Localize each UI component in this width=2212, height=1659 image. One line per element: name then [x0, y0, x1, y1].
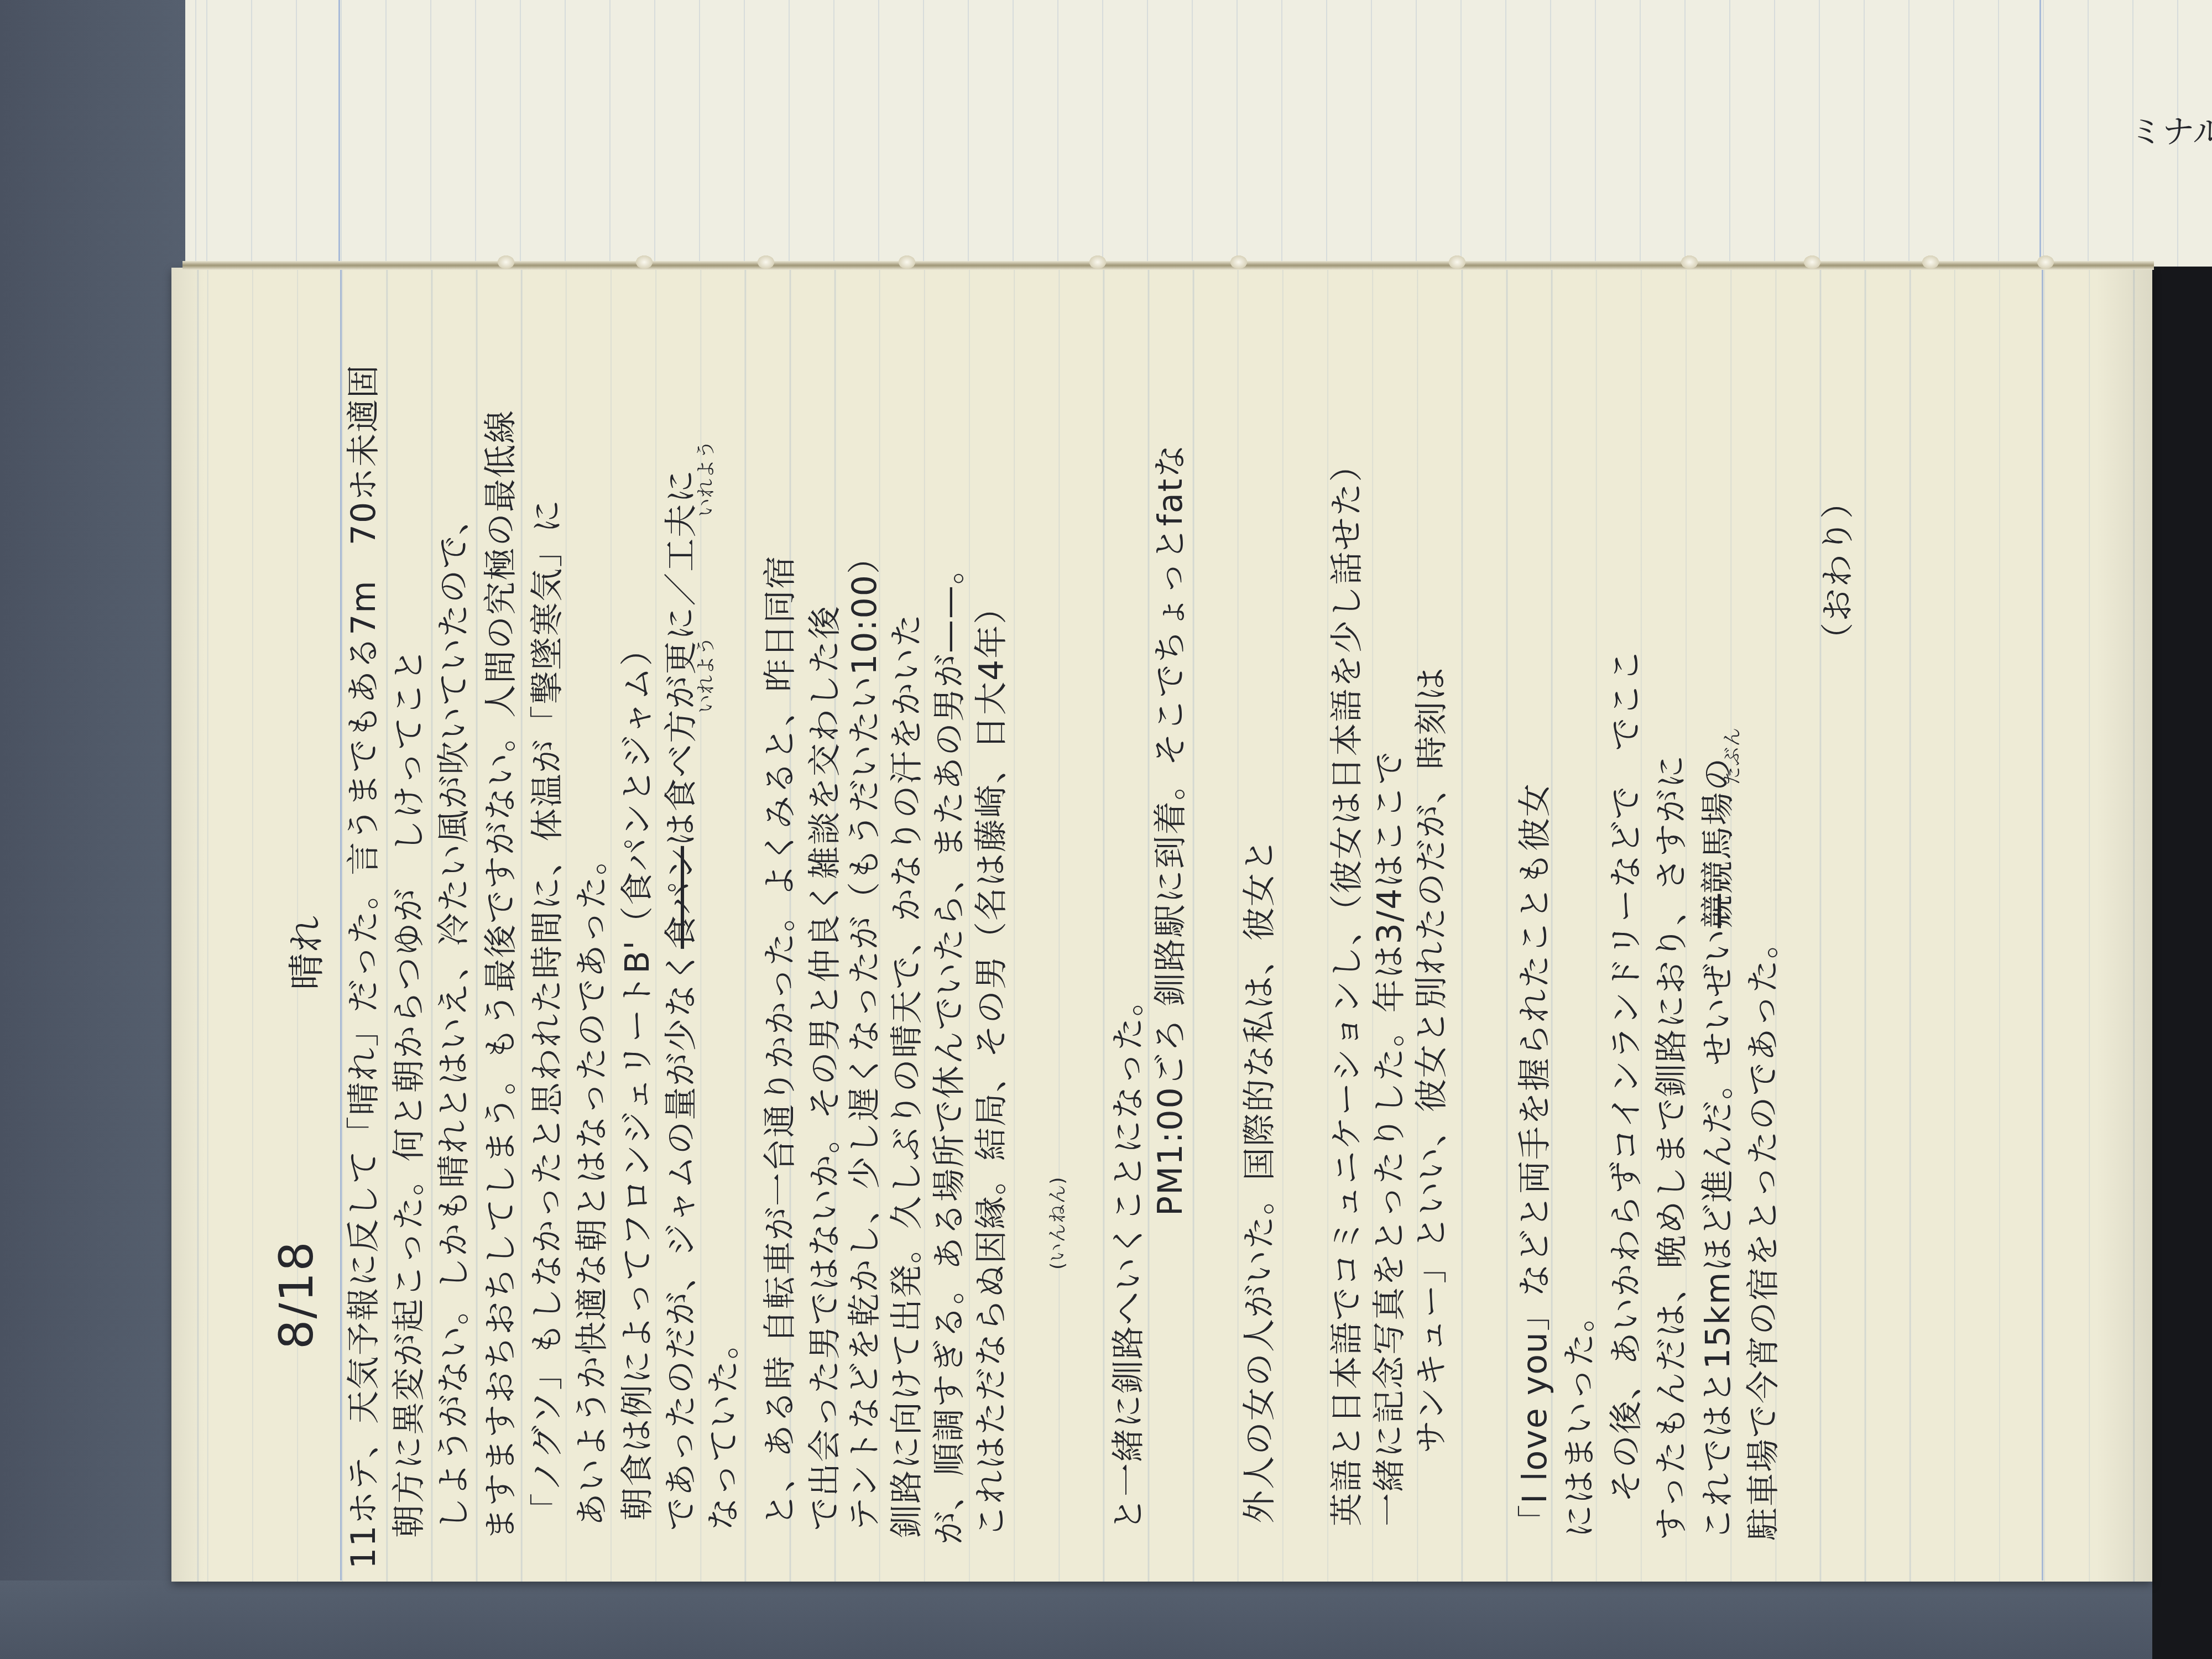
line-text: であったのだが、ジャムの量が少なく: [662, 949, 701, 1531]
diary-line: すったもんだは、晩めしまで釧路におり、さすがに: [1652, 754, 1692, 1541]
diary-line: と一緒に釧路へいくことになった。: [1109, 982, 1149, 1531]
diary-line: 駐車場で今宵の宿をとったのであった。: [1744, 925, 1783, 1541]
facing-page-note: ミナル.: [2130, 113, 2212, 150]
diary-line: テントなどを乾かし、少し遅くなったが（もうだいたい10:00）: [845, 540, 885, 1531]
facing-page-margin-line: [338, 0, 340, 264]
diary-date: 8/18: [271, 1240, 322, 1349]
diary-line: 朝方に異変が起こった。何と朝からつゆが しけってこと: [389, 648, 429, 1538]
binding-stitch: [1681, 255, 1698, 269]
binding-stitch: [1804, 255, 1820, 269]
diary-line: ますますおちおちしてしまう。もう最後ですがない。人間の究極の最低線: [481, 409, 521, 1541]
diary-line: 英語と日本語でコミュニケーションし、（彼女は日本語を少し話せた）: [1327, 448, 1367, 1526]
diary-weather: 晴れ: [286, 915, 327, 990]
line-text: これではと15kmほど進んだ。せいぜい: [1699, 928, 1738, 1541]
binding-stitch: [2037, 255, 2054, 269]
diary-page-margin-line: [340, 270, 342, 1580]
struck-out-text: 競: [1699, 894, 1738, 928]
diary-line: 釧路に向けて出発。久しぶりの晴天で、かなりの汗をかいた: [887, 613, 927, 1538]
diary-line: 11ホテ、天気予報に反して「晴れ」だった。言うまでもある7m 70ホ未適固: [344, 364, 384, 1569]
struck-out-text: 食パン: [662, 846, 701, 949]
diary-line: あいようか快適な朝とはなったのであった。: [572, 841, 612, 1526]
binding-stitch: [498, 255, 514, 269]
binding-stitch: [1089, 255, 1106, 269]
diary-line: と、ある時 自転車が一台通りかかった。よくみると、昨日同宿: [760, 555, 800, 1526]
annotation-insert: たぶん: [1721, 727, 1744, 785]
diary-line: サンキュー」といい、彼女と別れたのだが、時刻は: [1412, 666, 1452, 1453]
desk-background-left: [0, 0, 188, 1659]
diary-line: 一緒に記念写真をとったりした。年は3/4はここで: [1370, 750, 1410, 1526]
diary-line: なっていた。: [704, 1325, 744, 1531]
diary-line: 外人の女の人がいた。国際的な私は、彼女と: [1240, 838, 1280, 1524]
diary-closing: （おわり）: [1818, 484, 1858, 656]
diary-line: で出会った男ではないか。その男と仲良く雑談を交わした後: [805, 605, 845, 1531]
notebook-photo: ミナル. 8/18 晴れ 11ホテ、天気予報に反して「晴れ」だった。言うまでもあ…: [0, 0, 2212, 1659]
diary-page-margin-line: [2042, 270, 2043, 1580]
diary-line: 朝食は例によってフロンジェリートB'（食パンとジャム）: [618, 632, 658, 1521]
notebook-spine: [182, 261, 2154, 270]
diary-line: にはまいった。: [1560, 1298, 1600, 1538]
diary-line: しようがない。しかも晴れとはいえ、冷たい風が吹いていたので、: [434, 501, 474, 1531]
diary-line: 「I love you」などと両手を握られたことも彼女: [1515, 782, 1555, 1538]
annotation-insert: いれよう: [695, 440, 718, 517]
desk-background-right: [2152, 260, 2212, 1659]
facing-page: [185, 0, 2212, 267]
diary-line: その後、あいかわらずコインランドリーなどで でここ: [1606, 648, 1646, 1503]
diary-line: が、順調すぎる。ある場所で休んでいたら、またあの男が——。: [930, 550, 969, 1545]
binding-stitch: [899, 255, 915, 269]
annotation-insert: いれよう: [695, 636, 718, 713]
binding-stitch: [1922, 255, 1939, 269]
binding-stitch: [1449, 255, 1465, 269]
annotation-reading: (いんねん): [1046, 1176, 1070, 1270]
facing-page-margin-line: [2039, 0, 2041, 264]
desk-background-bottom: [0, 1580, 2212, 1659]
diary-line: PM1:00ごろ 釧路駅に到着。そこでちょっとfatな: [1151, 444, 1191, 1216]
diary-line: 「ノグソ」もしなかったと思われた時間に、体温が「撃墜寒気」に: [528, 499, 567, 1526]
binding-stitch: [636, 255, 653, 269]
diary-line: これではと15kmほど進んだ。せいぜい競競馬場の: [1698, 757, 1738, 1541]
binding-stitch: [1230, 255, 1247, 269]
binding-stitch: [758, 255, 774, 269]
diary-line: これはただならぬ因縁。結局、その男（名は藤崎、日大4年）: [972, 590, 1011, 1538]
diary-line: であったのだが、ジャムの量が少なく食パンは食べ方が更に／工夫に: [661, 469, 701, 1531]
